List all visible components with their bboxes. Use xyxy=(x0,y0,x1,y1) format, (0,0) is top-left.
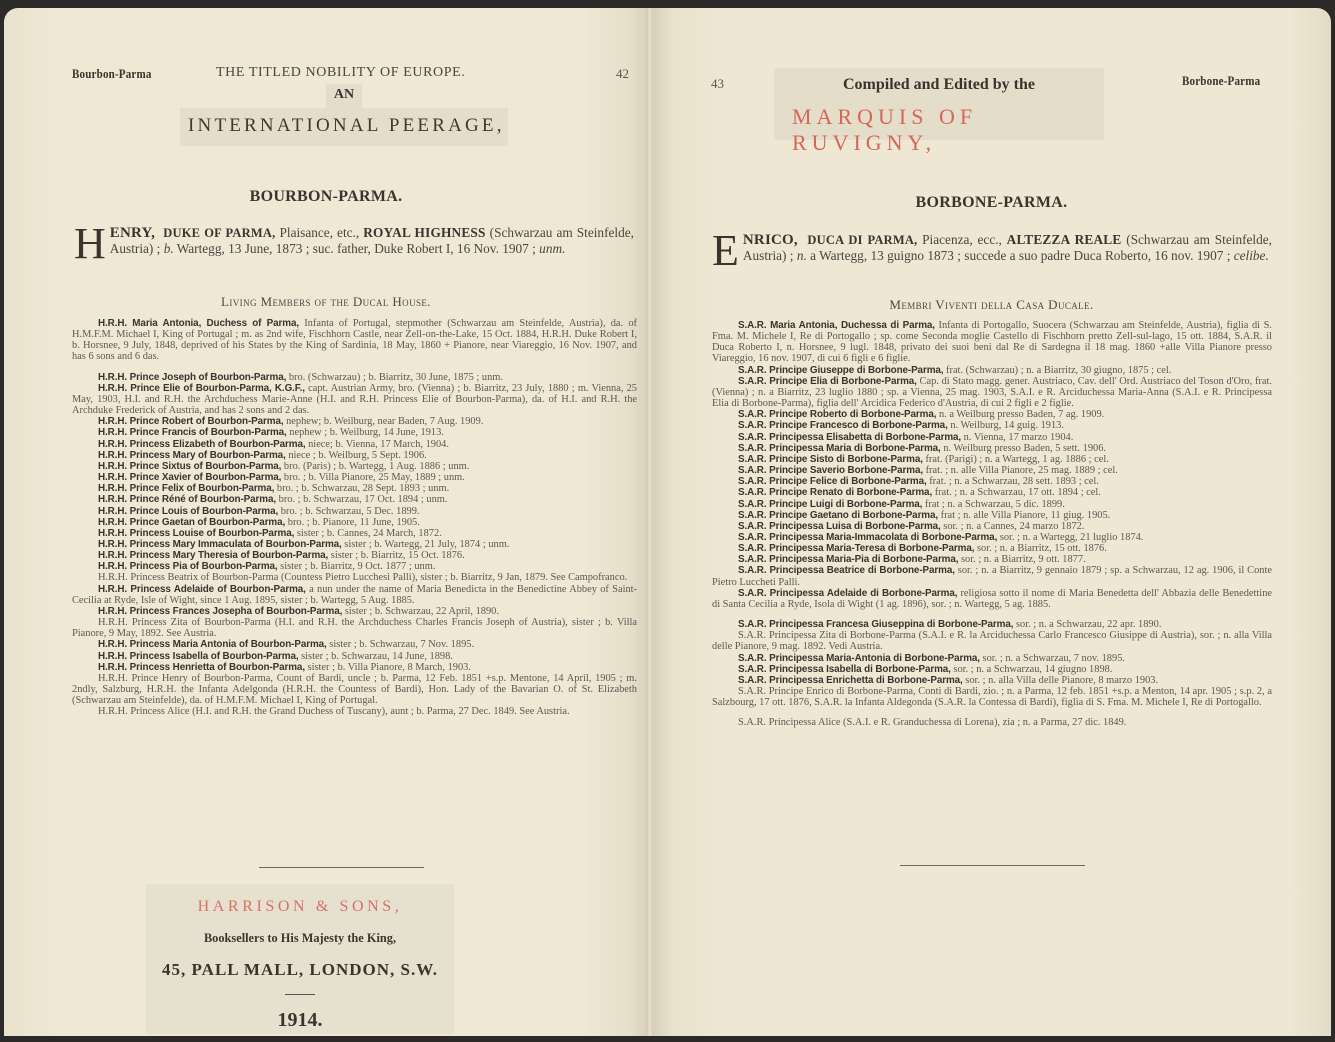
entry-text: sister ; b. Schwarzau, 22 April, 1890. xyxy=(342,606,499,617)
list-item: S.A.R. Principe Saverio Borbone-Parma, f… xyxy=(712,465,1272,476)
entry-name: S.A.R. Principe Renato di Borbone-Parma, xyxy=(738,487,932,498)
entry-name: S.A.R. Principessa Adelaide di Borbone-P… xyxy=(738,588,957,599)
entry-name: H.R.H. Princess Mary Immaculata of Bourb… xyxy=(98,539,342,550)
list-item: H.R.H. Maria Antonia, Duchess of Parma, … xyxy=(72,318,637,363)
entry-name: H.R.H. Prince Louis of Bourbon-Parma, xyxy=(98,506,278,517)
list-item: S.A.R. Principessa Maria di Borbone-Parm… xyxy=(712,443,1272,454)
entry-name: H.R.H. Prince Joseph of Bourbon-Parma, xyxy=(98,372,286,383)
list-item: S.A.R. Principessa Maria-Immacolata di B… xyxy=(712,532,1272,543)
entry-name: S.A.R. Principe Roberto di Borbone-Parma… xyxy=(738,409,936,420)
entry-text: H.R.H. Princess Alice (H.I. and R.H. the… xyxy=(98,706,570,717)
entry-name: H.R.H. Princess Adelaide of Bourbon-Parm… xyxy=(98,584,306,595)
entry-text: sor. ; n. a Schwarzau, 7 nov. 1895. xyxy=(980,653,1125,664)
entries-list-right: S.A.R. Maria Antonia, Duchessa di Parma,… xyxy=(712,320,1272,728)
entry-text: sor. ; n. a Schwarzau, 22 apr. 1890. xyxy=(1013,619,1161,630)
list-item: H.R.H. Princess Isabella of Bourbon-Parm… xyxy=(72,651,637,662)
entry-name: H.R.H. Princess Isabella of Bourbon-Parm… xyxy=(98,651,299,662)
running-head-right: Borbone-Parma xyxy=(1182,73,1260,89)
entry-text: frat. ; n. a Schwarzau, 17 ott. 1894 ; c… xyxy=(932,487,1101,498)
entry-text: bro. (Paris) ; b. Wartegg, 1 Aug. 1886 ;… xyxy=(281,461,469,472)
list-item: H.R.H. Princess Elizabeth of Bourbon-Par… xyxy=(72,439,637,450)
entry-name: H.R.H. Princess Elizabeth of Bourbon-Par… xyxy=(98,439,306,450)
entry-text: sor. ; n. a Cannes, 24 marzo 1872. xyxy=(941,521,1085,532)
entry-text: sister ; b. Biarritz, 9 Oct. 1877 ; unm. xyxy=(278,561,436,572)
entry-text: sister ; b. Biarritz, 15 Oct. 1876. xyxy=(328,550,465,561)
entry-name: S.A.R. Principessa Isabella di Borbone-P… xyxy=(738,664,951,675)
imprint-box: HARRISON & SONS, Booksellers to His Maje… xyxy=(146,884,454,1034)
entry-text: n. Vienna, 17 marzo 1904. xyxy=(961,432,1073,443)
list-item: H.R.H. Princess Pia of Bourbon-Parma, si… xyxy=(72,561,637,572)
entry-text: frat ; n. a Schwarzau, 5 dic. 1899. xyxy=(922,499,1065,510)
entry-name: H.R.H. Maria Antonia, Duchess of Parma, xyxy=(98,318,299,329)
publisher-name: HARRISON & SONS, xyxy=(146,898,454,916)
head-entry-it: ENRICO, DUCA DI PARMA, Piacenza, ecc., A… xyxy=(712,232,1272,268)
running-head-title: THE TITLED NOBILITY OF EUROPE. xyxy=(216,65,465,81)
list-item: S.A.R. Principe Felice di Borbone-Parma,… xyxy=(712,476,1272,487)
list-item: S.A.R. Principe Enrico di Borbone-Parma,… xyxy=(712,686,1272,708)
house-title: BOURBON-PARMA. xyxy=(4,188,648,206)
list-item: H.R.H. Prince Francis of Bourbon-Parma, … xyxy=(72,427,637,438)
entry-text: n. Weilburg presso Baden, 5 sett. 1906. xyxy=(941,443,1106,454)
entry-text: bro. ; b. Villa Pianore, 25 May, 1889 ; … xyxy=(281,472,465,483)
overlay-compiled-box: Compiled and Edited by the MARQUIS OF RU… xyxy=(774,68,1104,140)
entry-name: S.A.R. Principessa Luisa di Borbone-Parm… xyxy=(738,521,941,532)
entry-text: sor. ; n. a Wartegg, 21 luglio 1874. xyxy=(997,532,1143,543)
list-item: H.R.H. Princess Louise of Bourbon-Parma,… xyxy=(72,528,637,539)
entry-name: H.R.H. Princess Frances Josepha of Bourb… xyxy=(98,606,342,617)
entry-name: S.A.R. Principe Saverio Borbone-Parma, xyxy=(738,465,923,476)
entry-text: sister ; b. Villa Pianore, 8 March, 1903… xyxy=(305,662,471,673)
entry-name: H.R.H. Princess Maria Antonia of Bourbon… xyxy=(98,639,327,650)
list-item: S.A.R. Principe Roberto di Borbone-Parma… xyxy=(712,409,1272,420)
entry-name: S.A.R. Principe Francesco di Borbone-Par… xyxy=(738,420,948,431)
entries-list-left: H.R.H. Maria Antonia, Duchess of Parma, … xyxy=(72,318,637,717)
entry-text: bro. (Schwarzau) ; b. Biarritz, 30 June,… xyxy=(286,372,503,383)
list-item: H.R.H. Prince Felix of Bourbon-Parma, br… xyxy=(72,483,637,494)
entry-text: H.R.H. Prince Henry of Bourbon-Parma, Co… xyxy=(72,673,637,706)
entry-name: S.A.R. Principe Elia di Borbone-Parma, xyxy=(738,376,917,387)
list-item: H.R.H. Princess Frances Josepha of Bourb… xyxy=(72,606,637,617)
list-item: H.R.H. Princess Henrietta of Bourbon-Par… xyxy=(72,662,637,673)
entry-text: frat. ; n. a Schwarzau, 28 sett. 1893 ; … xyxy=(927,476,1099,487)
list-item: S.A.R. Principe Gaetano di Borbone-Parma… xyxy=(712,510,1272,521)
overlay-an-box: AN xyxy=(326,84,362,108)
entry-text: sor. ; n. alla Villa delle Pianore, 8 ma… xyxy=(963,675,1158,686)
divider-rule xyxy=(259,867,424,868)
entry-text: frat. ; n. alle Villa Pianore, 25 mag. 1… xyxy=(923,465,1118,476)
entry-name: H.R.H. Prince Sixtus of Bourbon-Parma, xyxy=(98,461,281,472)
entry-name: S.A.R. Maria Antonia, Duchessa di Parma, xyxy=(738,320,935,331)
entry-text: nephew; b. Weilburg, near Baden, 7 Aug. … xyxy=(284,416,484,427)
list-item: S.A.R. Principessa Elisabetta di Borbone… xyxy=(712,432,1272,443)
list-item: S.A.R. Maria Antonia, Duchessa di Parma,… xyxy=(712,320,1272,365)
entry-name: S.A.R. Principessa Maria-Teresa di Borbo… xyxy=(738,543,974,554)
entry-name: S.A.R. Principessa Beatrice di Borbone-P… xyxy=(738,565,955,576)
list-item: H.R.H. Princess Mary of Bourbon-Parma, n… xyxy=(72,450,637,461)
entry-name: S.A.R. Principe Giuseppe di Borbone-Parm… xyxy=(738,365,943,376)
list-item: H.R.H. Prince Elie of Bourbon-Parma, K.G… xyxy=(72,383,637,416)
list-item: S.A.R. Principessa Beatrice di Borbone-P… xyxy=(712,565,1272,587)
list-item: H.R.H. Prince Joseph of Bourbon-Parma, b… xyxy=(72,372,637,383)
entry-text: S.A.R. Principessa Zita di Borbone-Parma… xyxy=(712,630,1272,652)
list-item: H.R.H. Princess Beatrix of Bourbon-Parma… xyxy=(72,572,637,583)
entry-name: S.A.R. Principe Luigi di Borbone-Parma, xyxy=(738,499,922,510)
list-item: H.R.H. Princess Mary Immaculata of Bourb… xyxy=(72,539,637,550)
drop-cap-it: E xyxy=(712,234,739,268)
entry-name: H.R.H. Princess Louise of Bourbon-Parma, xyxy=(98,528,294,539)
entry-text: S.A.R. Principessa Alice (S.A.I. e R. Gr… xyxy=(738,717,1126,728)
overlay-marquis: MARQUIS OF RUVIGNY, xyxy=(774,94,1104,156)
short-rule xyxy=(285,994,315,995)
list-item: S.A.R. Principessa Adelaide di Borbone-P… xyxy=(712,588,1272,610)
list-item: H.R.H. Prince Gaetan of Bourbon-Parma, b… xyxy=(72,517,637,528)
list-item: H.R.H. Princess Mary Theresia of Bourbon… xyxy=(72,550,637,561)
entry-name: H.R.H. Princess Mary Theresia of Bourbon… xyxy=(98,550,328,561)
entry-text: sister ; b. Schwarzau, 14 June, 1898. xyxy=(299,651,453,662)
page-number-right: 43 xyxy=(711,76,724,92)
right-page: 43 Borbone-Parma Compiled and Edited by … xyxy=(652,8,1331,1038)
entry-text: niece ; b. Weilburg, 5 Sept. 1906. xyxy=(286,450,427,461)
entry-text: n. Weilburg, 14 guig. 1913. xyxy=(948,420,1064,431)
entry-name: S.A.R. Principe Felice di Borbone-Parma, xyxy=(738,476,927,487)
entry-name: S.A.R. Principessa Maria-Pia di Borbone-… xyxy=(738,554,958,565)
entry-name: H.R.H. Princess Mary of Bourbon-Parma, xyxy=(98,450,286,461)
house-title-it: BORBONE-PARMA. xyxy=(652,194,1331,212)
list-item: S.A.R. Principessa Maria-Antonia di Borb… xyxy=(712,653,1272,664)
overlay-compiled: Compiled and Edited by the xyxy=(774,68,1104,94)
entry-name: S.A.R. Principe Gaetano di Borbone-Parma… xyxy=(738,510,938,521)
list-item: H.R.H. Princess Alice (H.I. and R.H. the… xyxy=(72,706,637,717)
entry-name: H.R.H. Prince Felix of Bourbon-Parma, xyxy=(98,483,274,494)
section-heading: Living Members of the Ducal House. xyxy=(4,294,648,310)
list-item: H.R.H. Prince Henry of Bourbon-Parma, Co… xyxy=(72,673,637,706)
entry-text: sister ; b. Schwarzau, 7 Nov. 1895. xyxy=(327,639,474,650)
left-page: Bourbon-Parma THE TITLED NOBILITY OF EUR… xyxy=(4,8,648,1038)
entry-text: sor. ; n. a Biarritz, 9 ott. 1877. xyxy=(958,554,1085,565)
entry-text: frat ; n. alle Villa Pianore, 11 giug. 1… xyxy=(938,510,1110,521)
running-head-left: Bourbon-Parma xyxy=(72,66,152,82)
publication-year: 1914. xyxy=(146,1009,454,1032)
drop-cap: H xyxy=(74,227,106,261)
list-item: H.R.H. Prince Xavier of Bourbon-Parma, b… xyxy=(72,472,637,483)
list-item: S.A.R. Principe Elia di Borbone-Parma, C… xyxy=(712,376,1272,409)
entry-name: H.R.H. Prince Robert of Bourbon-Parma, xyxy=(98,416,284,427)
list-item: H.R.H. Princess Maria Antonia of Bourbon… xyxy=(72,639,637,650)
overlay-peerage-box: INTERNATIONAL PEERAGE, xyxy=(180,108,508,146)
entry-text: bro. ; b. Schwarzau, 5 Dec. 1899. xyxy=(278,506,419,517)
list-item: H.R.H. Prince Louis of Bourbon-Parma, br… xyxy=(72,506,637,517)
entry-text: frat. (Parigi) ; n. a Wartegg, 1 ag. 188… xyxy=(923,454,1109,465)
list-item: S.A.R. Principe Giuseppe di Borbone-Parm… xyxy=(712,365,1272,376)
book-bottom-edge xyxy=(0,1036,1335,1042)
entry-name: H.R.H. Princess Pia of Bourbon-Parma, xyxy=(98,561,278,572)
booksellers-line: Booksellers to His Majesty the King, xyxy=(154,930,447,946)
entry-name: S.A.R. Principessa Maria-Antonia di Borb… xyxy=(738,653,980,664)
overlay-peerage-title: INTERNATIONAL PEERAGE, xyxy=(180,108,508,137)
publisher-address: 45, PALL MALL, LONDON, S.W. xyxy=(146,960,454,980)
list-item: S.A.R. Principe Renato di Borbone-Parma,… xyxy=(712,487,1272,498)
list-item: S.A.R. Principe Sisto di Borbone-Parma, … xyxy=(712,454,1272,465)
list-item: S.A.R. Principessa Isabella di Borbone-P… xyxy=(712,664,1272,675)
entry-name: S.A.R. Principessa Maria di Borbone-Parm… xyxy=(738,443,941,454)
entry-name: S.A.R. Principe Sisto di Borbone-Parma, xyxy=(738,454,923,465)
entry-name: H.R.H. Princess Henrietta of Bourbon-Par… xyxy=(98,662,305,673)
entry-text: S.A.R. Principe Enrico di Borbone-Parma,… xyxy=(712,686,1272,708)
list-item: S.A.R. Principe Luigi di Borbone-Parma, … xyxy=(712,499,1272,510)
entry-name: H.R.H. Prince Xavier of Bourbon-Parma, xyxy=(98,472,281,483)
list-item: S.A.R. Principessa Enrichetta di Borbone… xyxy=(712,675,1272,686)
list-item: H.R.H. Prince Robert of Bourbon-Parma, n… xyxy=(72,416,637,427)
entry-text: niece; b. Vienna, 17 March, 1904. xyxy=(306,439,449,450)
entry-name: S.A.R. Principessa Enrichetta di Borbone… xyxy=(738,675,963,686)
entry-name: S.A.R. Principessa Elisabetta di Borbone… xyxy=(738,432,961,443)
page-number-left: 42 xyxy=(616,66,629,82)
list-item: H.R.H. Princess Adelaide of Bourbon-Parm… xyxy=(72,584,637,606)
list-item: S.A.R. Principessa Maria-Pia di Borbone-… xyxy=(712,554,1272,565)
entry-text: sor. ; n. a Schwarzau, 14 giugno 1898. xyxy=(951,664,1113,675)
list-item: S.A.R. Principessa Luisa di Borbone-Parm… xyxy=(712,521,1272,532)
entry-name: S.A.R. Principessa Francesa Giuseppina d… xyxy=(738,619,1013,630)
entry-text: bro. ; b. Schwarzau, 28 Sept. 1893 ; unm… xyxy=(274,483,449,494)
entry-name: H.R.H. Prince Gaetan of Bourbon-Parma, xyxy=(98,517,285,528)
section-heading-it: Membri Viventi della Casa Ducale. xyxy=(652,297,1331,313)
entry-name: S.A.R. Principessa Maria-Immacolata di B… xyxy=(738,532,997,543)
divider-rule-right xyxy=(900,865,1085,866)
list-item: S.A.R. Principessa Francesa Giuseppina d… xyxy=(712,619,1272,630)
entry-text: H.R.H. Princess Zita of Bourbon-Parma (H… xyxy=(72,617,637,639)
head-entry: HENRY, DUKE OF PARMA, Plaisance, etc., R… xyxy=(74,225,634,261)
entry-text: nephew ; b. Weilburg, 14 June, 1913. xyxy=(287,427,444,438)
list-item: S.A.R. Principe Francesco di Borbone-Par… xyxy=(712,420,1272,431)
entry-name: H.R.H. Prince Réné of Bourbon-Parma, xyxy=(98,494,276,505)
list-item: S.A.R. Principessa Zita di Borbone-Parma… xyxy=(712,630,1272,652)
list-item: S.A.R. Principessa Alice (S.A.I. e R. Gr… xyxy=(712,717,1272,728)
entry-name: H.R.H. Prince Elie of Bourbon-Parma, K.G… xyxy=(98,383,305,394)
overlay-an: AN xyxy=(326,84,362,103)
entry-text: bro. ; b. Pianore, 11 June, 1905. xyxy=(285,517,420,528)
entry-text: sister ; b. Cannes, 24 March, 1872. xyxy=(294,528,441,539)
entry-name: H.R.H. Prince Francis of Bourbon-Parma, xyxy=(98,427,287,438)
entry-text: n. a Weilburg presso Baden, 7 ag. 1909. xyxy=(936,409,1104,420)
list-item: S.A.R. Principessa Maria-Teresa di Borbo… xyxy=(712,543,1272,554)
list-item: H.R.H. Princess Zita of Bourbon-Parma (H… xyxy=(72,617,637,639)
entry-text: sor. ; n. a Biarritz, 15 ott. 1876. xyxy=(974,543,1106,554)
entry-text: H.R.H. Princess Beatrix of Bourbon-Parma… xyxy=(98,572,627,583)
entry-text: bro. ; b. Schwarzau, 17 Oct. 1894 ; unm. xyxy=(276,494,447,505)
list-item: H.R.H. Prince Réné of Bourbon-Parma, bro… xyxy=(72,494,637,505)
entry-text: frat. (Schwarzau) ; n. a Biarritz, 30 gi… xyxy=(943,365,1171,376)
list-item: H.R.H. Prince Sixtus of Bourbon-Parma, b… xyxy=(72,461,637,472)
entry-text: sister ; b. Wartegg, 21 July, 1874 ; unm… xyxy=(342,539,510,550)
